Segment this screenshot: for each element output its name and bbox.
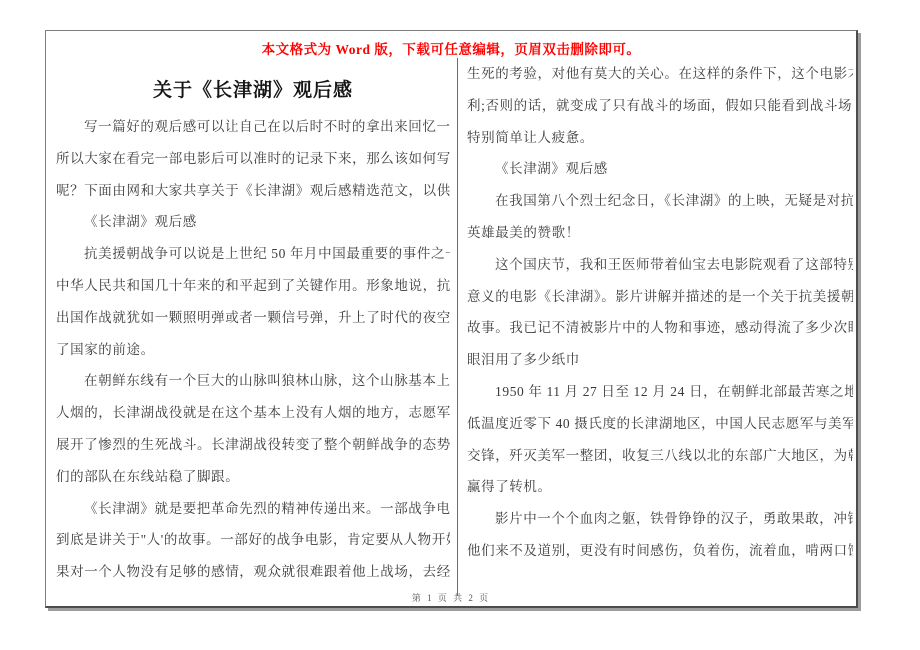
text-line: 展开了惨烈的生死战斗。长津湖战役转变了整个朝鲜战争的态势，让我 xyxy=(56,429,450,461)
text-line: 低温度近零下 40 摄氏度的长津湖地区，中国人民志愿军与美军精锐正面 xyxy=(467,408,853,440)
text-line: 他们来不及道别，更没有时间感伤，负着伤，流着血，啃两口馒头，说 xyxy=(467,535,853,567)
text-line: 了国家的前途。 xyxy=(56,334,450,366)
text-line: 在我国第八个烈士纪念日，《长津湖》的上映，无疑是对抗美援朝 xyxy=(467,185,853,217)
text-line: 《长津湖》观后感 xyxy=(56,206,450,238)
text-line: 出国作战就犹如一颗照明弹或者一颗信号弹，升上了时代的夜空，照亮 xyxy=(56,302,450,334)
text-line: 赢得了转机。 xyxy=(467,471,853,503)
text-line: 影片中一个个血肉之躯，铁骨铮铮的汉子，勇敢果敢，冲锋陷阵， xyxy=(467,503,853,535)
page-number: 第 1 页 共 2 页 xyxy=(46,591,856,604)
text-line: 所以大家在看完一部电影后可以准时的记录下来，那么该如何写观后感 xyxy=(56,143,450,175)
app-canvas: 本文格式为 Word 版，下载可任意编辑，页眉双击删除即可。 关于《长津湖》观后… xyxy=(0,0,920,650)
text-line: 呢？下面由网和大家共享关于《长津湖》观后感精选范文，以供参考。 xyxy=(56,175,450,207)
text-line: 果对一个人物没有足够的感情，观众就很难跟着他上战场，去经受这种 xyxy=(56,556,450,588)
text-line: 抗美援朝战争可以说是上世纪 50 年月中国最重要的事件之一，对于 xyxy=(56,238,450,270)
text-line: 中华人民共和国几十年来的和平起到了关键作用。形象地说，抗美援朝 xyxy=(56,270,450,302)
text-line: 在朝鲜东线有一个巨大的山脉叫狼林山脉，这个山脉基本上是没有 xyxy=(56,365,450,397)
left-column-lines: 写一篇好的观后感可以让自己在以后时不时的拿出来回忆一下， 所以大家在看完一部电影… xyxy=(56,111,450,588)
document-page: 本文格式为 Word 版，下载可任意编辑，页眉双击删除即可。 关于《长津湖》观后… xyxy=(45,30,858,608)
text-line: 生死的考验，对他有莫大的关心。在这样的条件下，这个电影才可能胜 xyxy=(467,58,853,90)
header-note[interactable]: 本文格式为 Word 版，下载可任意编辑，页眉双击删除即可。 xyxy=(46,38,856,58)
text-line: 们的部队在东线站稳了脚跟。 xyxy=(56,461,450,493)
text-line: 这个国庆节，我和王医师带着仙宝去电影院观看了这部特别有教育 xyxy=(467,249,853,281)
right-column: 生死的考验，对他有莫大的关心。在这样的条件下，这个电影才可能胜 利;否则的话，就… xyxy=(467,58,853,567)
text-line: 交锋，歼灭美军一整团，收复三八线以北的东部广大地区，为朝鲜战争 xyxy=(467,440,853,472)
text-line: 《长津湖》就是要把革命先烈的精神传递出来。一部战争电影，说 xyxy=(56,493,450,525)
column-divider xyxy=(457,58,458,596)
text-line: 故事。我已记不清被影片中的人物和事迹，感动得流了多少次眼泪，擦 xyxy=(467,312,853,344)
text-line: 到底是讲关于"人'的故事。一部好的战争电影，肯定要从人物开始，如 xyxy=(56,524,450,556)
text-line: 《长津湖》观后感 xyxy=(467,153,853,185)
left-column: 关于《长津湖》观后感 写一篇好的观后感可以让自己在以后时不时的拿出来回忆一下， … xyxy=(56,58,450,588)
text-line: 人烟的，长津湖战役就是在这个基本上没有人烟的地方，志愿军与美军 xyxy=(56,397,450,429)
right-column-lines: 生死的考验，对他有莫大的关心。在这样的条件下，这个电影才可能胜 利;否则的话，就… xyxy=(467,58,853,567)
text-line: 写一篇好的观后感可以让自己在以后时不时的拿出来回忆一下， xyxy=(56,111,450,143)
text-line: 利;否则的话，就变成了只有战斗的场面，假如只能看到战斗场面的话， xyxy=(467,90,853,122)
document-title: 关于《长津湖》观后感 xyxy=(56,78,450,103)
text-line: 眼泪用了多少纸巾 xyxy=(467,344,853,376)
text-line: 英雄最美的赞歌！ xyxy=(467,217,853,249)
text-line: 1950 年 11 月 27 日至 12 月 24 日，在朝鲜北部最苦寒之地，夜… xyxy=(467,376,853,408)
text-line: 意义的电影《长津湖》。影片讲解并描述的是一个关于抗美援朝的真实 xyxy=(467,281,853,313)
text-line: 特别简单让人疲惫。 xyxy=(467,122,853,154)
